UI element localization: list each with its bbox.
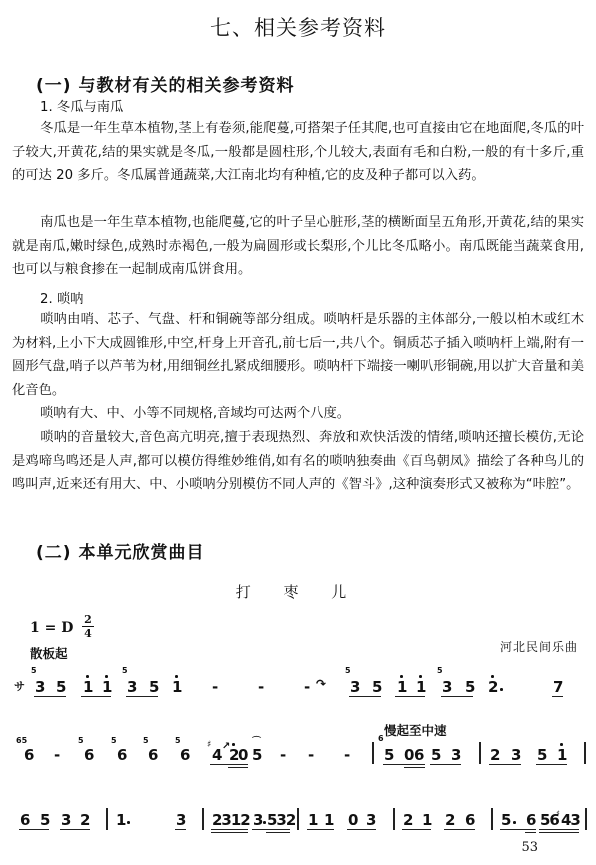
dash: -: [304, 679, 310, 695]
subheading-suona: 2. 唢呐: [40, 288, 84, 307]
grace-note: 5: [78, 737, 84, 745]
grace-note: 65: [16, 737, 27, 745]
note: 6: [20, 812, 30, 828]
tempo-marking-start: 散板起: [30, 644, 68, 662]
grace-note: 5: [122, 667, 128, 675]
note: 3: [176, 812, 186, 828]
note: 5: [431, 747, 441, 763]
dash: -: [258, 679, 264, 695]
section-heading-2: (二) 本单元欣赏曲目: [36, 538, 204, 563]
paragraph-text: 冬瓜是一年生草本植物,茎上有卷须,能爬蔓,可搭架子任其爬,也可直接由它在地面爬,…: [12, 121, 584, 183]
dash: -: [54, 747, 60, 763]
breath-mark-icon: ↷: [316, 676, 326, 692]
time-signature: 2 4: [82, 614, 94, 639]
note: 3: [366, 812, 376, 828]
note: 1: [416, 679, 426, 695]
note: 6: [526, 812, 536, 828]
paragraph-text: 唢呐由哨、芯子、气盘、杆和铜碗等部分组成。唢呐杆是乐器的主体部分,一般以柏木或红…: [12, 312, 584, 398]
song-origin: 河北民间乐曲: [500, 638, 578, 655]
note: 5: [40, 812, 50, 828]
page-number: 53: [521, 840, 538, 855]
note: 6: [24, 747, 34, 763]
note: 2: [80, 812, 90, 828]
subheading-winter-melon-pumpkin: 1. 冬瓜与南瓜: [40, 96, 123, 115]
barline: [202, 808, 204, 830]
grace-note: 5: [31, 667, 37, 675]
paragraph-text: 唢呐有大、中、小等不同规格,音域均可达两个八度。: [40, 406, 350, 421]
key-signature: 1 = D: [30, 620, 73, 636]
time-sig-bottom: 4: [82, 628, 94, 639]
barline: [372, 742, 374, 764]
note: 2: [445, 812, 455, 828]
grace-note: 5: [345, 667, 351, 675]
note: 6: [148, 747, 158, 763]
barline: [393, 808, 395, 830]
note: 1: [557, 747, 567, 763]
dash: -: [344, 747, 350, 763]
section-heading-1: (一) 与教材有关的相关参考资料: [36, 71, 294, 96]
note: 5: [501, 812, 511, 828]
note: 6: [180, 747, 190, 763]
note: 1: [324, 812, 334, 828]
note: 0: [404, 747, 414, 763]
barline: [479, 742, 481, 764]
chapter-title: 七、相关参考资料: [0, 12, 596, 42]
paragraph-text: 唢呐的音量较大,音色高亢明亮,擅于表现热烈、奔放和欢快活泼的情绪,唢呐还擅长模仿…: [12, 430, 584, 492]
note: 6: [117, 747, 127, 763]
note: 1: [172, 679, 182, 695]
grace-note: 5: [175, 737, 181, 745]
tempo-marking-change: 慢起至中速: [384, 721, 447, 739]
note: 5: [384, 747, 394, 763]
note: 3: [451, 747, 461, 763]
note: 3: [442, 679, 452, 695]
note: 5: [149, 679, 159, 695]
fermata-icon: ⌒: [252, 738, 261, 746]
note: 3: [61, 812, 71, 828]
paragraph-winter-melon: 冬瓜是一年生草本植物,茎上有卷须,能爬蔓,可搭架子任其爬,也可直接由它在地面爬,…: [12, 117, 584, 188]
paragraph-text: 南瓜也是一年生草本植物,也能爬蔓,它的叶子呈心脏形,茎的横断面呈五角形,开黄花,…: [12, 215, 584, 277]
note: 2: [490, 747, 500, 763]
note: 5: [252, 747, 262, 763]
note: 3: [511, 747, 521, 763]
barline: [584, 742, 586, 764]
sharp-sign: ♯: [556, 810, 560, 818]
grace-note: 5: [437, 667, 443, 675]
note: 1: [422, 812, 432, 828]
time-sig-top: 2: [82, 614, 94, 625]
paragraph-pumpkin: 南瓜也是一年生草本植物,也能爬蔓,它的叶子呈心脏形,茎的横断面呈五角形,开黄花,…: [12, 211, 584, 282]
free-meter-sign: サ: [14, 679, 25, 695]
note: 6: [84, 747, 94, 763]
note: 3: [127, 679, 137, 695]
grace-note: 6: [378, 735, 384, 743]
note: 1: [116, 812, 126, 828]
note-group: 2312: [212, 812, 250, 828]
paragraph-suona-range: 唢呐有大、中、小等不同规格,音域均可达两个八度。: [12, 402, 584, 426]
note: 0: [238, 747, 248, 763]
note: 7: [553, 679, 563, 695]
barline: [585, 808, 587, 830]
note-group: 532: [267, 812, 295, 828]
note: 0: [348, 812, 358, 828]
dash: -: [280, 747, 286, 763]
note: 3: [253, 812, 263, 828]
grace-note: 5: [143, 737, 149, 745]
dash: -: [212, 679, 218, 695]
sharp-sign: ♯: [207, 741, 211, 749]
note: 5: [465, 679, 475, 695]
note: 5: [56, 679, 66, 695]
note: 5: [372, 679, 382, 695]
grace-note: 5: [111, 737, 117, 745]
note: 3: [350, 679, 360, 695]
note: 6: [414, 747, 424, 763]
dash: -: [308, 747, 314, 763]
note: 1: [308, 812, 318, 828]
note-group: 43: [561, 812, 580, 828]
note: 1: [102, 679, 112, 695]
paragraph-suona-structure: 唢呐由哨、芯子、气盘、杆和铜碗等部分组成。唢呐杆是乐器的主体部分,一般以柏木或红…: [12, 308, 584, 402]
note: 2: [403, 812, 413, 828]
note: 5: [537, 747, 547, 763]
note: 6: [465, 812, 475, 828]
note: 4: [212, 747, 222, 763]
barline: [491, 808, 493, 830]
paragraph-suona-timbre: 唢呐的音量较大,音色高亢明亮,擅于表现热烈、奔放和欢快活泼的情绪,唢呐还擅长模仿…: [12, 426, 584, 497]
note: 3: [35, 679, 45, 695]
barline: [297, 808, 299, 830]
barline: [106, 808, 108, 830]
note: 1: [83, 679, 93, 695]
song-title: 打 枣 儿: [0, 581, 596, 602]
note: 1: [397, 679, 407, 695]
note: 2: [488, 679, 498, 695]
